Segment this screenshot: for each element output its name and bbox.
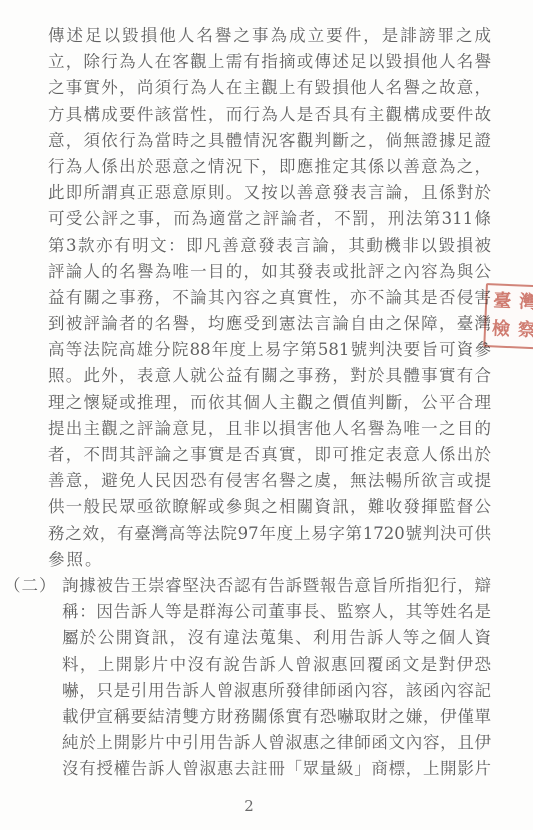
paragraph-legal-reasoning: 傳述足以毀損他人名譽之事為成立要件，是誹謗罪之成 立，除行為人在客觀上需有指摘或… bbox=[48, 23, 491, 573]
seal-character: 檢 bbox=[487, 315, 514, 344]
text-line: 此即所謂真正惡意原則。又按以善意發表言論，且係對於 bbox=[48, 180, 491, 206]
text-line: 務之效，有臺灣高等法院97年度上易字第1720號判決可供 bbox=[48, 521, 491, 547]
text-line: 者，不問其評論之事實是否真實，即可推定表意人係出於 bbox=[48, 442, 491, 468]
text-line: 理之懷疑或推理，而依其個人主觀之價值判斷，公平合理 bbox=[48, 390, 491, 416]
list-item-body: 詢據被告王崇睿堅決否認有告訴暨報告意旨所指犯行，辯 稱：因告訴人等是群海公司董事… bbox=[62, 573, 491, 783]
text-line: 益有關之事務，不論其內容之真實性，亦不論其是否侵害 bbox=[48, 285, 491, 311]
document-text-block: 傳述足以毀損他人名譽之事為成立要件，是誹謗罪之成 立，除行為人在客觀上需有指摘或… bbox=[0, 23, 533, 782]
text-line: 稱：因告訴人等是群海公司董事長、監察人，其等姓名是 bbox=[62, 599, 491, 625]
text-line: 意，須依行為當時之具體情況客觀判斷之，倘無證據足證 bbox=[48, 128, 491, 154]
list-item-marker: （二） bbox=[4, 573, 57, 599]
text-line: 立，除行為人在客觀上需有指摘或傳述足以毀損他人名譽 bbox=[48, 49, 491, 75]
text-line: 可受公評之事，而為適當之評論者，不罰，刑法第311條 bbox=[48, 206, 491, 232]
text-line: 善意，避免人民因恐有侵害名譽之虞，無法暢所欲言或提 bbox=[48, 468, 491, 494]
text-line: 純於上開影片中引用告訴人曾淑惠之律師函文內容，且伊 bbox=[62, 730, 491, 756]
text-line: 提出主觀之評論意見，且非以損害他人名譽為唯一之目的 bbox=[48, 416, 491, 442]
text-line: 高等法院高雄分院88年度上易字第581號判決要旨可資參 bbox=[48, 337, 491, 363]
paragraph-item-2-defense-statement: （二） 詢據被告王崇睿堅決否認有告訴暨報告意旨所指犯行，辯 稱：因告訴人等是群海… bbox=[4, 573, 517, 783]
text-line: 屬於公開資訊，沒有違法蒐集、利用告訴人等之個人資 bbox=[62, 625, 491, 651]
text-line: 詢據被告王崇睿堅決否認有告訴暨報告意旨所指犯行，辯 bbox=[62, 573, 491, 599]
seal-character: 臺 bbox=[489, 287, 516, 316]
text-line: 傳述足以毀損他人名譽之事為成立要件，是誹謗罪之成 bbox=[48, 23, 491, 49]
text-line: 沒有授權告訴人曾淑惠去註冊「眾量級」商標，上開影片 bbox=[62, 756, 491, 782]
text-line: 載伊宣稱要結清雙方財務關係實有恐嚇取財之嫌，伊僅單 bbox=[62, 704, 491, 730]
seal-character: 察 bbox=[513, 316, 533, 345]
text-line: 料，上開影片中沒有說告訴人曾淑惠回覆函文是對伊恐 bbox=[62, 652, 491, 678]
official-red-seal-stamp-icon: 臺 灣 署 檢 察 印 bbox=[483, 283, 533, 351]
judgment-document-page: 傳述足以毀損他人名譽之事為成立要件，是誹謗罪之成 立，除行為人在客觀上需有指摘或… bbox=[0, 0, 533, 830]
text-line: 參照。 bbox=[48, 547, 491, 573]
text-line: 評論人的名譽為唯一目的，如其發表或批評之內容為與公 bbox=[48, 259, 491, 285]
text-line: 照。此外，表意人就公益有關之事務，對於具體事實有合 bbox=[48, 363, 491, 389]
seal-character: 灣 bbox=[515, 288, 533, 317]
text-line: 第3款亦有明文：即凡善意發表言論，其動機非以毀損被 bbox=[48, 233, 491, 259]
text-line: 嚇，只是引用告訴人曾淑惠所發律師函內容，該函內容記 bbox=[62, 678, 491, 704]
text-line: 方具構成要件該當性，而行為人是否具有主觀構成要件故 bbox=[48, 102, 491, 128]
text-line: 到被評論者的名譽，均應受到憲法言論自由之保障，臺灣 bbox=[48, 311, 491, 337]
page-number: 2 bbox=[0, 797, 498, 815]
text-line: 供一般民眾亟欲瞭解或參與之相關資訊，難收發揮監督公 bbox=[48, 494, 491, 520]
text-line: 之事實外，尚須行為人在主觀上有毀損他人名譽之故意， bbox=[48, 75, 491, 101]
text-line: 行為人係出於惡意之情況下，即應推定其係以善意為之， bbox=[48, 154, 491, 180]
